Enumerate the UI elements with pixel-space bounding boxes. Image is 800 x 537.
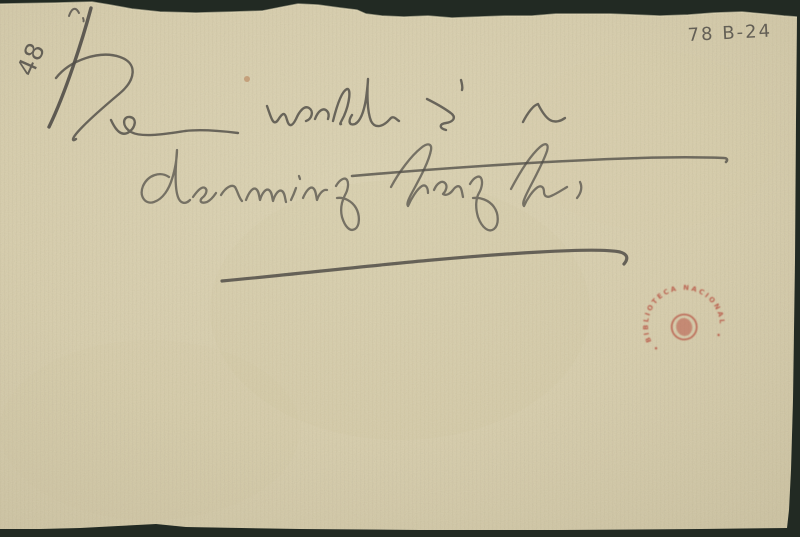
quote-line-2-text: dreaming thought, [140, 169, 532, 218]
paper-texture [0, 0, 800, 537]
scanned-manuscript-page: The world is a dreaming thought, 48 78 B… [0, 0, 800, 537]
rust-stain [244, 76, 250, 82]
quote-line-1-text: The world is a [59, 83, 353, 132]
catalog-number: 78 B-24 [687, 21, 772, 46]
